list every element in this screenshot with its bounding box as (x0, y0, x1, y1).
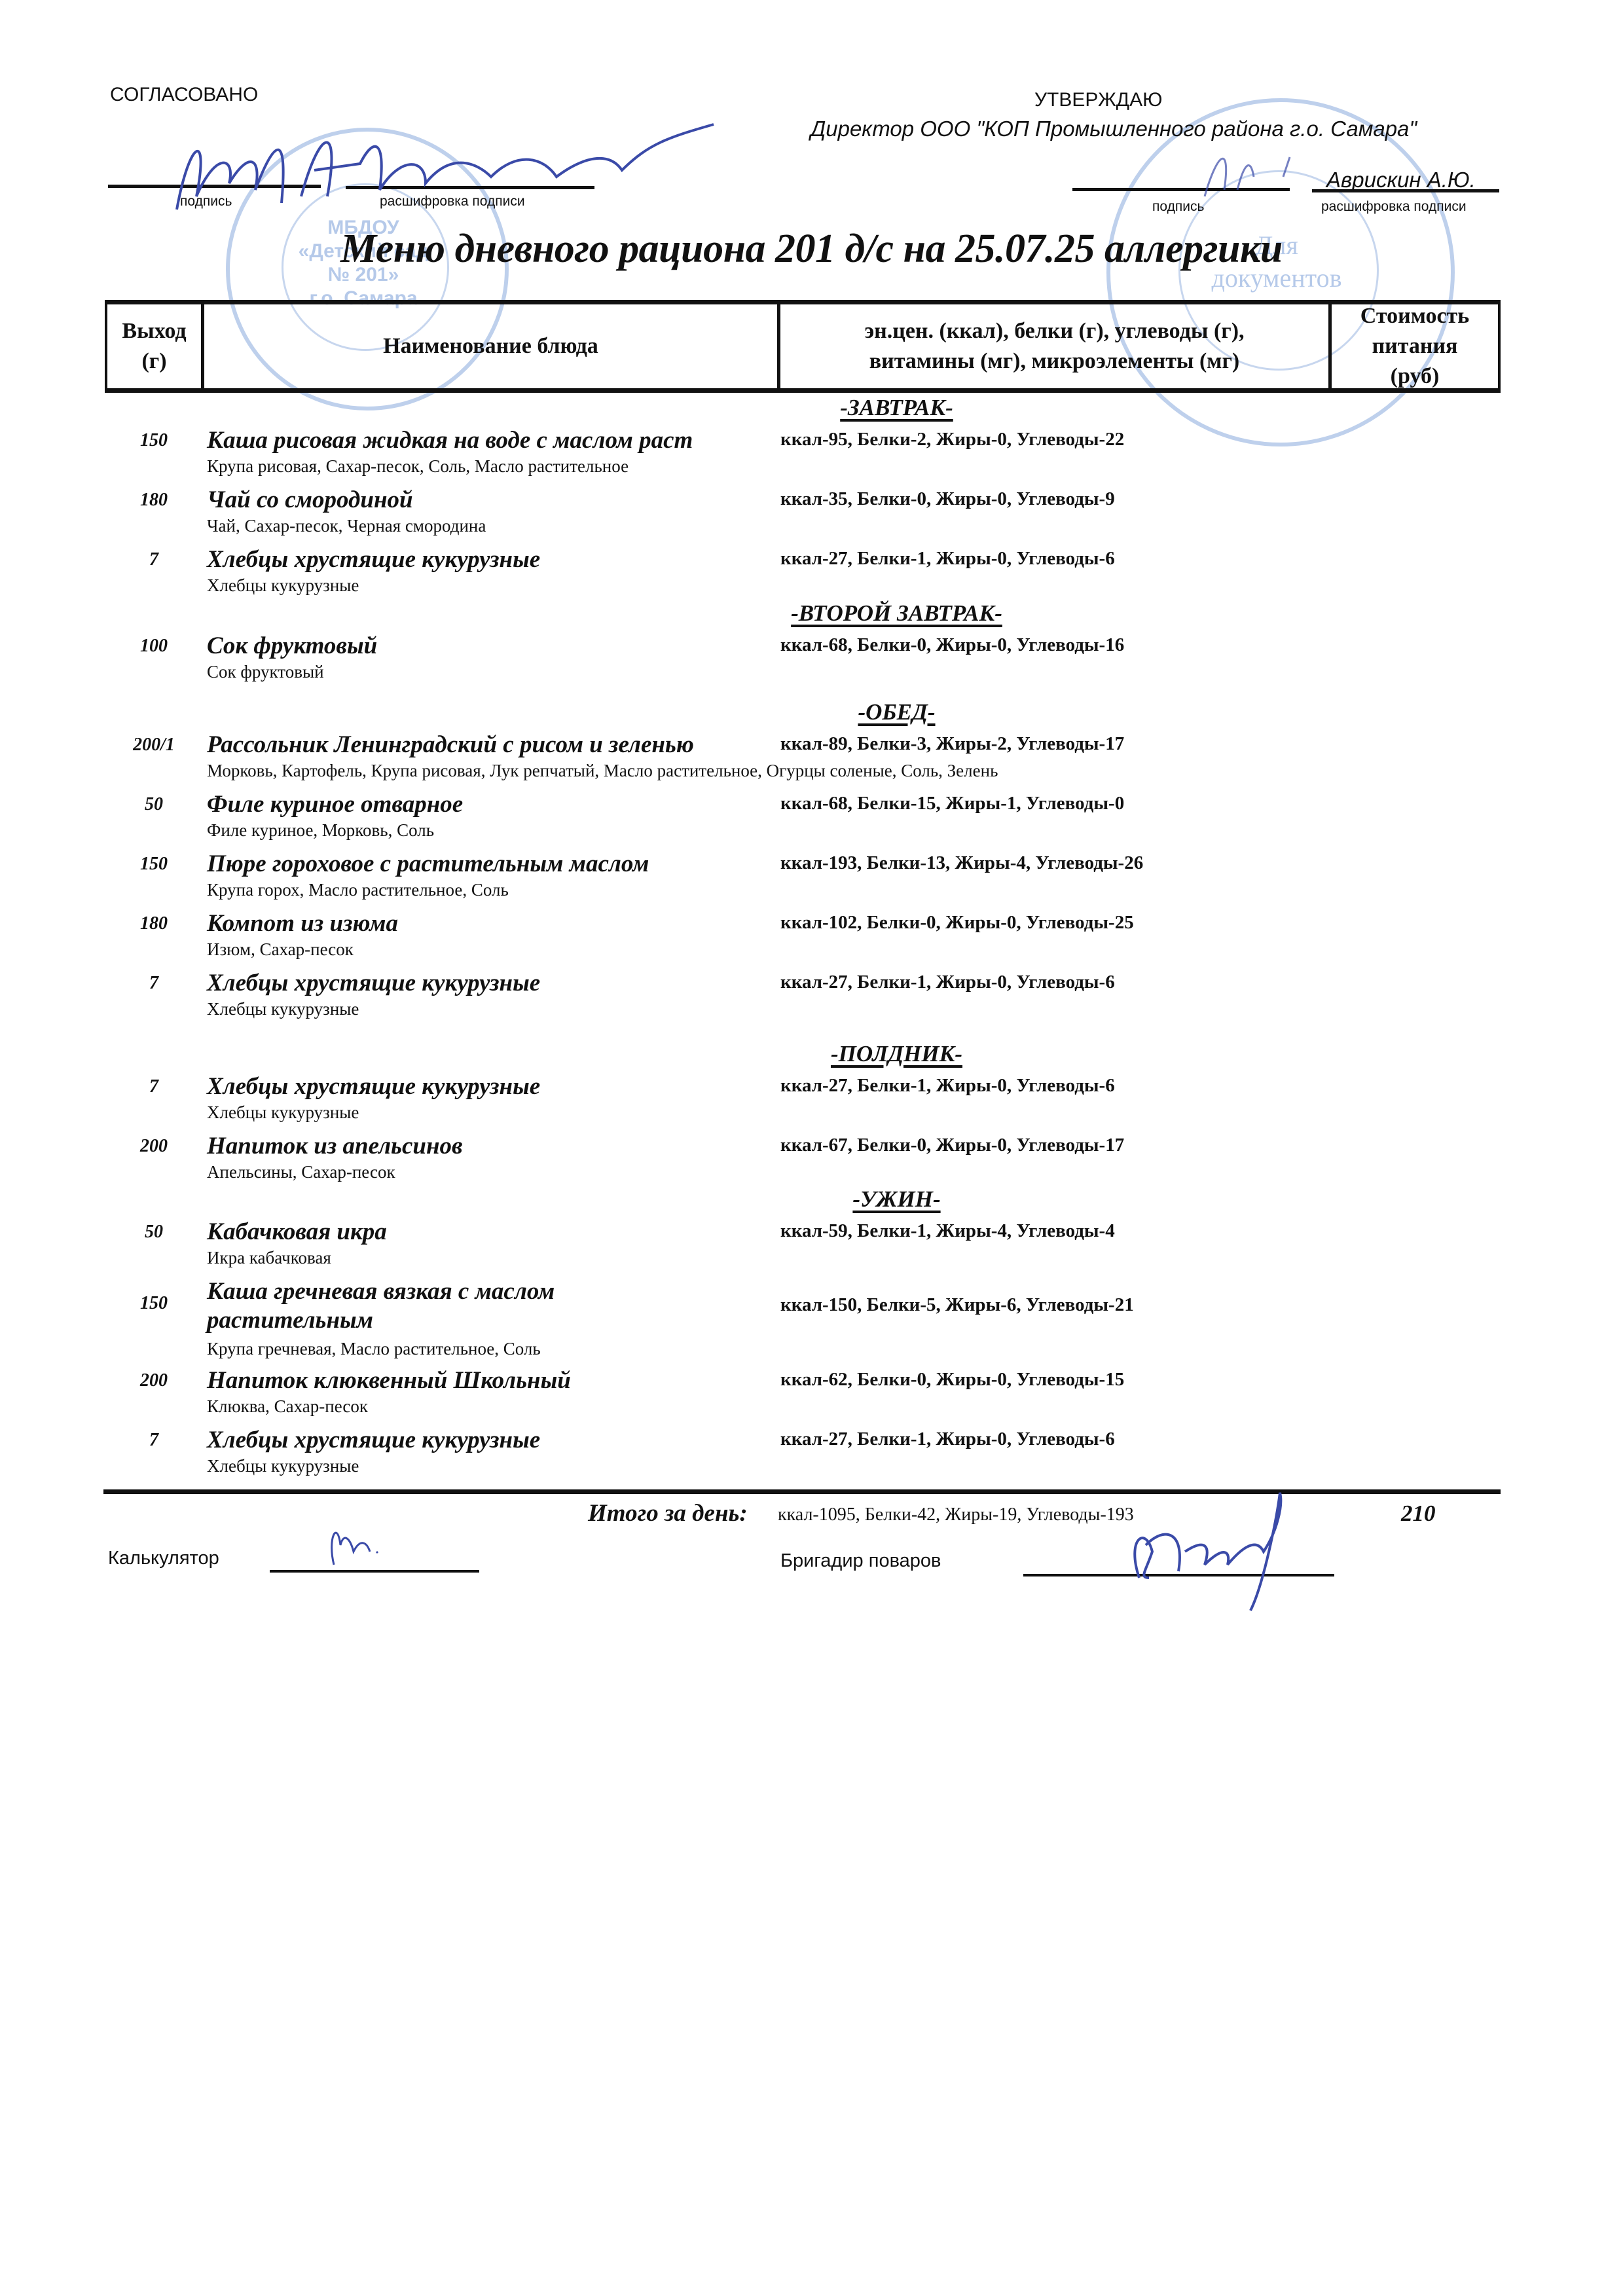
item-dish-name: Компот из изюма (207, 909, 398, 938)
item-dish-name: Каша гречневая вязкая с маслом (207, 1277, 555, 1305)
item-ingredients: Икра кабачковая (207, 1248, 331, 1268)
agreed-decode-caption: расшифровка подписи (380, 194, 525, 210)
item-ingredients: Клюква, Сахар-песок (207, 1396, 368, 1417)
section-heading: -ПОЛДНИК- (0, 1041, 1623, 1067)
header-nutrition: эн.цен. (ккал), белки (г), углеводы (г),… (780, 304, 1332, 388)
item-ingredients: Крупа гречневая, Масло растительное, Сол… (207, 1339, 541, 1359)
agreed-signature-line (108, 185, 321, 188)
item-nutrition: ккал-67, Белки-0, Жиры-0, Углеводы-17 (780, 1135, 1124, 1156)
approve-label: УТВЕРЖДАЮ (1034, 89, 1162, 111)
item-ingredients: Сок фруктовый (207, 662, 324, 682)
item-nutrition: ккал-27, Белки-1, Жиры-0, Углеводы-6 (780, 972, 1115, 993)
agreed-signature-caption: подпись (180, 194, 232, 210)
director-name: Аврискин А.Ю. (1326, 168, 1476, 192)
item-nutrition: ккал-68, Белки-0, Жиры-0, Углеводы-16 (780, 634, 1124, 656)
item-yield: 200/1 (105, 735, 203, 756)
item-yield: 100 (105, 636, 203, 657)
item-nutrition: ккал-27, Белки-1, Жиры-0, Углеводы-6 (780, 1429, 1115, 1450)
item-nutrition: ккал-193, Белки-13, Жиры-4, Углеводы-26 (780, 852, 1143, 874)
director-signature (1192, 137, 1322, 203)
item-dish-name: Рассольник Ленинградский с рисом и зелен… (207, 731, 694, 759)
director-signature-line (1072, 188, 1290, 191)
item-ingredients: Хлебцы кукурузные (207, 999, 359, 1019)
item-dish-name: Хлебцы хрустящие кукурузные (207, 545, 540, 574)
item-ingredients: Хлебцы кукурузные (207, 575, 359, 596)
item-ingredients: Чай, Сахар-песок, Черная смородина (207, 516, 486, 536)
director-decode-caption: расшифровка подписи (1321, 199, 1467, 215)
item-nutrition: ккал-150, Белки-5, Жиры-6, Углеводы-21 (780, 1294, 1134, 1316)
item-ingredients: Морковь, Картофель, Крупа рисовая, Лук р… (207, 761, 998, 781)
item-yield: 150 (105, 430, 203, 451)
item-nutrition: ккал-102, Белки-0, Жиры-0, Углеводы-25 (780, 912, 1134, 934)
item-dish-name: Хлебцы хрустящие кукурузные (207, 969, 540, 997)
section-heading: -ВТОРОЙ ЗАВТРАК- (0, 600, 1623, 627)
item-ingredients: Хлебцы кукурузные (207, 1456, 359, 1476)
calculator-signature (314, 1512, 393, 1571)
agreed-decode-line (346, 186, 594, 189)
totals-label: Итого за день: (588, 1499, 748, 1527)
item-dish-name: Кабачковая икра (207, 1218, 387, 1246)
calculator-signature-line (270, 1570, 479, 1573)
item-nutrition: ккал-62, Белки-0, Жиры-0, Углеводы-15 (780, 1369, 1124, 1391)
item-ingredients: Хлебцы кукурузные (207, 1102, 359, 1123)
item-dish-name: Каша рисовая жидкая на воде с маслом рас… (207, 426, 693, 454)
header-yield: Выход (г) (107, 304, 204, 388)
item-nutrition: ккал-27, Белки-1, Жиры-0, Углеводы-6 (780, 1075, 1115, 1097)
item-dish-name: Хлебцы хрустящие кукурузные (207, 1426, 540, 1454)
item-ingredients: Изюм, Сахар-песок (207, 939, 354, 960)
item-nutrition: ккал-35, Белки-0, Жиры-0, Углеводы-9 (780, 488, 1115, 510)
item-dish-name: Сок фруктовый (207, 632, 377, 660)
item-ingredients: Филе куриное, Морковь, Соль (207, 820, 434, 841)
item-yield: 180 (105, 490, 203, 511)
item-nutrition: ккал-27, Белки-1, Жиры-0, Углеводы-6 (780, 548, 1115, 570)
section-heading: -ЗАВТРАК- (0, 395, 1623, 421)
director-signature-caption: подпись (1152, 199, 1204, 215)
agreed-label: СОГЛАСОВАНО (110, 84, 258, 106)
item-dish-name: Напиток клюквенный Школьный (207, 1366, 571, 1394)
section-heading: -УЖИН- (0, 1186, 1623, 1212)
totals-nutrition: ккал-1095, Белки-42, Жиры-19, Углеводы-1… (778, 1504, 1134, 1525)
item-yield: 200 (105, 1136, 203, 1157)
item-ingredients: Апельсины, Сахар-песок (207, 1162, 395, 1182)
item-yield: 7 (105, 549, 203, 570)
header-dish: Наименование блюда (204, 304, 780, 388)
calculator-label: Калькулятор (108, 1548, 219, 1569)
item-yield: 7 (105, 1430, 203, 1451)
item-yield: 180 (105, 913, 203, 934)
item-yield: 50 (105, 1222, 203, 1243)
section-heading: -ОБЕД- (0, 699, 1623, 725)
chef-signature (1100, 1480, 1336, 1617)
table-header: Выход (г) Наименование блюда эн.цен. (кк… (105, 300, 1501, 393)
item-dish-name: Пюре гороховое с растительным маслом (207, 850, 649, 878)
item-dish-name: Хлебцы хрустящие кукурузные (207, 1072, 540, 1101)
item-nutrition: ккал-68, Белки-15, Жиры-1, Углеводы-0 (780, 793, 1124, 814)
item-yield: 7 (105, 973, 203, 994)
item-ingredients: Крупа рисовая, Сахар-песок, Соль, Масло … (207, 456, 629, 477)
item-yield: 200 (105, 1370, 203, 1391)
item-yield: 150 (105, 854, 203, 875)
item-yield: 7 (105, 1076, 203, 1097)
totals-divider (103, 1489, 1501, 1494)
totals-cost: 210 (1401, 1501, 1436, 1527)
item-dish-name: Филе куриное отварное (207, 790, 463, 818)
item-yield: 150 (105, 1293, 203, 1314)
director-position: Директор ООО "КОП Промышленного района г… (811, 117, 1417, 141)
item-nutrition: ккал-89, Белки-3, Жиры-2, Углеводы-17 (780, 733, 1124, 755)
item-nutrition: ккал-59, Белки-1, Жиры-4, Углеводы-4 (780, 1220, 1115, 1242)
item-ingredients: Крупа горох, Масло растительное, Соль (207, 880, 509, 900)
chef-signature-line (1023, 1574, 1334, 1576)
agreed-signature (151, 111, 740, 229)
page-title: Меню дневного рациона 201 д/с на 25.07.2… (340, 226, 1283, 272)
item-yield: 50 (105, 794, 203, 815)
item-dish-name: растительным (207, 1306, 373, 1334)
chef-label: Бригадир поваров (780, 1550, 941, 1572)
item-nutrition: ккал-95, Белки-2, Жиры-0, Углеводы-22 (780, 429, 1124, 450)
item-dish-name: Чай со смородиной (207, 486, 413, 514)
header-cost: Стоимость питания (руб) (1332, 304, 1498, 388)
item-dish-name: Напиток из апельсинов (207, 1132, 463, 1160)
